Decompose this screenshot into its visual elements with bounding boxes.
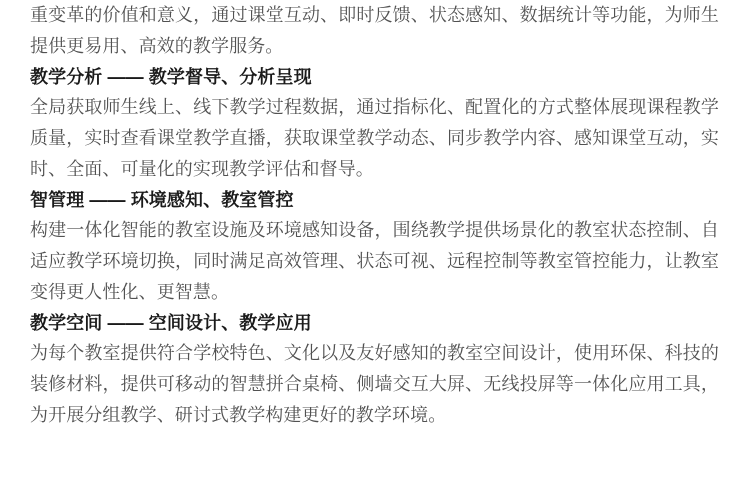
paragraph-line: 为每个教室提供符合学校特色、文化以及友好感知的教室空间设计，使用环保、科技的 bbox=[30, 338, 719, 369]
paragraph-line: 为开展分组教学、研讨式教学构建更好的教学环境。 bbox=[30, 400, 719, 431]
section-heading: 智管理 —— 环境感知、教室管控 bbox=[30, 185, 719, 216]
paragraph: 为每个教室提供符合学校特色、文化以及友好感知的教室空间设计，使用环保、科技的装修… bbox=[30, 338, 719, 430]
paragraph-line: 构建一体化智能的教室设施及环境感知设备，围绕教学提供场景化的教室状态控制、自 bbox=[30, 215, 719, 246]
section-heading: 教学分析 —— 教学督导、分析呈现 bbox=[30, 62, 719, 93]
paragraph-line: 时、全面、可量化的实现教学评估和督导。 bbox=[30, 154, 719, 185]
paragraph: 重变革的价值和意义，通过课堂互动、即时反馈、状态感知、数据统计等功能，为师生提供… bbox=[30, 0, 719, 62]
document-page: 重变革的价值和意义，通过课堂互动、即时反馈、状态感知、数据统计等功能，为师生提供… bbox=[0, 0, 750, 501]
paragraph-line: 重变革的价值和意义，通过课堂互动、即时反馈、状态感知、数据统计等功能，为师生 bbox=[30, 0, 719, 31]
paragraph: 全局获取师生线上、线下教学过程数据，通过指标化、配置化的方式整体展现课程教学质量… bbox=[30, 92, 719, 184]
paragraph-line: 变得更人性化、更智慧。 bbox=[30, 277, 719, 308]
paragraph-line: 质量，实时查看课堂教学直播，获取课堂教学动态、同步教学内容、感知课堂互动，实 bbox=[30, 123, 719, 154]
paragraph-line: 提供更易用、高效的教学服务。 bbox=[30, 31, 719, 62]
paragraph-line: 装修材料，提供可移动的智慧拼合桌椅、侧墙交互大屏、无线投屏等一体化应用工具， bbox=[30, 369, 719, 400]
section-heading: 教学空间 —— 空间设计、教学应用 bbox=[30, 308, 719, 339]
paragraph: 构建一体化智能的教室设施及环境感知设备，围绕教学提供场景化的教室状态控制、自适应… bbox=[30, 215, 719, 307]
paragraph-line: 适应教学环境切换，同时满足高效管理、状态可视、远程控制等教室管控能力，让教室 bbox=[30, 246, 719, 277]
document-content: 重变革的价值和意义，通过课堂互动、即时反馈、状态感知、数据统计等功能，为师生提供… bbox=[0, 0, 750, 431]
paragraph-line: 全局获取师生线上、线下教学过程数据，通过指标化、配置化的方式整体展现课程教学 bbox=[30, 92, 719, 123]
